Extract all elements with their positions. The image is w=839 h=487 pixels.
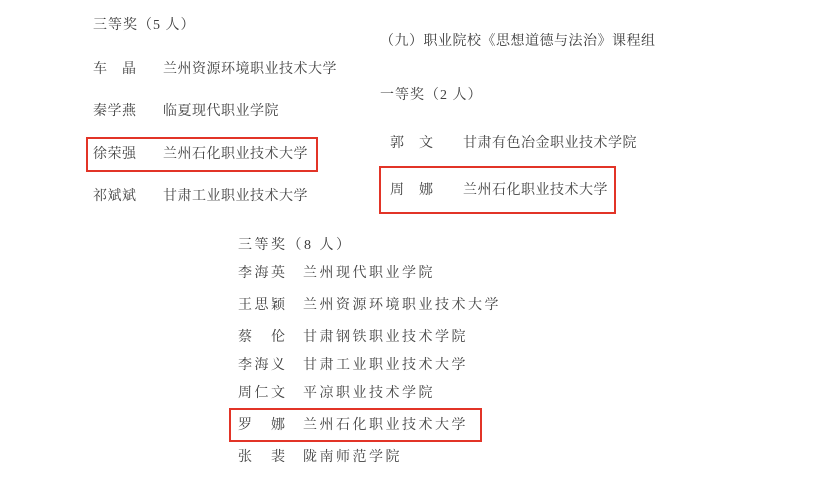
course-group-header: （九）职业院校《思想道德与法治》课程组: [380, 33, 656, 51]
awardee-name: 周 娜: [390, 182, 448, 200]
award-entry: 蔡 伦 甘肃钢铁职业技术学院: [238, 329, 468, 347]
award-entry: 李海义 甘肃工业职业技术大学: [238, 357, 468, 375]
awardee-school: 兰州石化职业技术大学: [303, 417, 468, 435]
awardee-name: 蔡 伦: [238, 329, 288, 347]
awardee-school: 平凉职业技术学院: [303, 385, 435, 403]
first-prize-entries: 郭 文 甘肃有色冶金职业技术学院 周 娜 兰州石化职业技术大学: [390, 135, 656, 200]
award-entry: 郭 文 甘肃有色冶金职业技术学院: [390, 135, 637, 153]
award-entry: 车 晶 兰州资源环境职业技术大学: [93, 61, 337, 79]
awardee-school: 兰州现代职业学院: [303, 265, 435, 283]
award-entry: 徐荣强 兰州石化职业技术大学: [93, 146, 308, 164]
first-prize-header: 一等奖（2 人）: [380, 87, 656, 105]
award-entry: 祁斌斌 甘肃工业职业技术大学: [93, 188, 308, 206]
awardee-school: 陇南师范学院: [303, 449, 402, 467]
award-entry: 王思颖 兰州资源环境职业技术大学: [238, 297, 501, 315]
awardee-name: 王思颖: [238, 297, 288, 315]
awardee-name: 周仁文: [238, 385, 288, 403]
awardee-school: 甘肃工业职业技术大学: [163, 188, 308, 206]
awardee-name: 徐荣强: [93, 146, 149, 164]
award-entry: 秦学燕 临夏现代职业学院: [93, 103, 279, 121]
awardee-name: 李海义: [238, 357, 288, 375]
awardee-name: 李海英: [238, 265, 288, 283]
awardee-school: 兰州资源环境职业技术大学: [163, 61, 337, 79]
award-entry: 张 裴 陇南师范学院: [238, 449, 402, 467]
award-entry: 周 娜 兰州石化职业技术大学: [390, 182, 608, 200]
awardee-school: 临夏现代职业学院: [163, 103, 279, 121]
bottom-award-section: 三等奖（8 人） 李海英 兰州现代职业学院 王思颖 兰州资源环境职业技术大学 蔡…: [238, 237, 501, 467]
award-document-page: 三等奖（5 人） 车 晶 兰州资源环境职业技术大学 秦学燕 临夏现代职业学院 徐…: [0, 0, 839, 487]
left-section-header: 三等奖（5 人）: [93, 17, 337, 35]
left-award-section: 三等奖（5 人） 车 晶 兰州资源环境职业技术大学 秦学燕 临夏现代职业学院 徐…: [93, 17, 337, 206]
awardee-name: 车 晶: [93, 61, 149, 79]
awardee-school: 兰州资源环境职业技术大学: [303, 297, 501, 315]
awardee-name: 秦学燕: [93, 103, 149, 121]
awardee-school: 兰州石化职业技术大学: [463, 182, 608, 200]
awardee-name: 张 裴: [238, 449, 288, 467]
awardee-school: 甘肃有色冶金职业技术学院: [463, 135, 637, 153]
awardee-school: 甘肃工业职业技术大学: [303, 357, 468, 375]
award-entry: 李海英 兰州现代职业学院: [238, 265, 435, 283]
awardee-school: 甘肃钢铁职业技术学院: [303, 329, 468, 347]
bottom-section-header: 三等奖（8 人）: [238, 237, 501, 255]
awardee-name: 祁斌斌: [93, 188, 149, 206]
awardee-school: 兰州石化职业技术大学: [163, 146, 308, 164]
award-entry: 罗 娜 兰州石化职业技术大学: [238, 417, 468, 435]
right-award-section: （九）职业院校《思想道德与法治》课程组 一等奖（2 人） 郭 文 甘肃有色冶金职…: [380, 33, 656, 200]
awardee-name: 罗 娜: [238, 417, 288, 435]
award-entry: 周仁文 平凉职业技术学院: [238, 385, 435, 403]
awardee-name: 郭 文: [390, 135, 448, 153]
